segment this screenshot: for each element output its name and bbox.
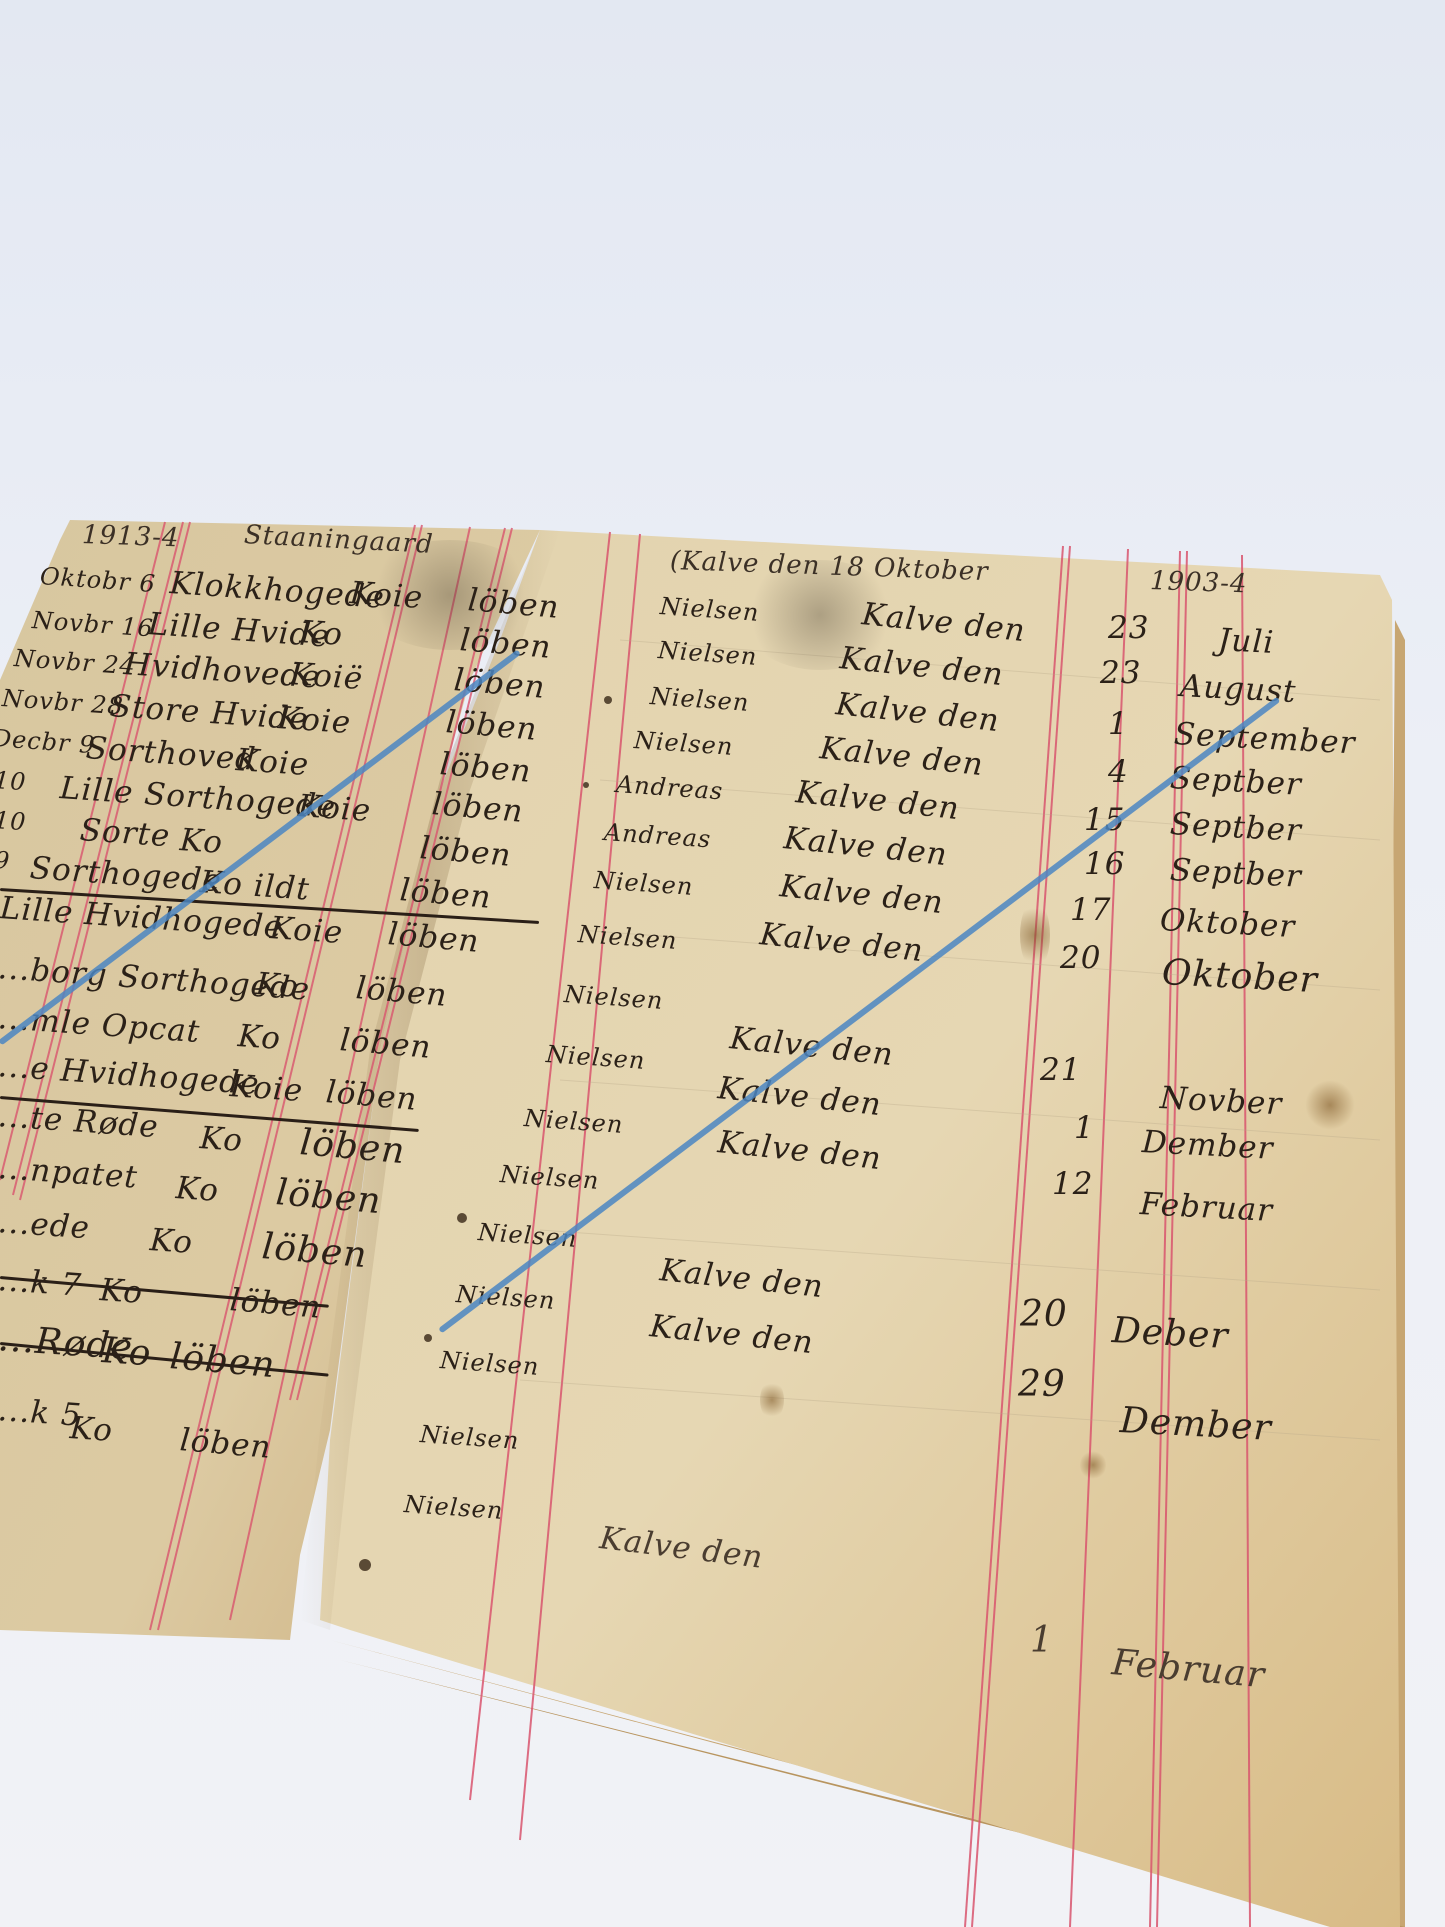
- row-animal: Koie: [235, 742, 311, 783]
- water-stain: [1020, 900, 1050, 970]
- left-page-year: 1913-4: [81, 520, 179, 553]
- row-day: 20: [1060, 940, 1101, 976]
- row-month: Septber: [1169, 806, 1303, 849]
- row-day: 21: [1040, 1052, 1081, 1088]
- row-month: Juli: [1217, 622, 1275, 661]
- row-date: 10: [0, 766, 27, 796]
- row-animal: Ko: [299, 614, 344, 653]
- row-day: 20: [1020, 1294, 1068, 1335]
- row-day: 1: [1030, 1620, 1054, 1661]
- row-day: 29: [1018, 1364, 1066, 1405]
- water-stain: [1305, 1080, 1355, 1130]
- row-animal: Ko: [175, 1170, 220, 1209]
- row-animal: Ko: [99, 1272, 144, 1311]
- row-month: Dember: [1119, 1400, 1273, 1449]
- row-animal: Koie: [229, 1068, 305, 1109]
- row-animal: Ko: [149, 1222, 194, 1261]
- row-animal: Ko: [255, 966, 300, 1005]
- row-day: 23: [1100, 655, 1141, 691]
- row-name: Sorte: [79, 812, 172, 854]
- row-animal: Ko: [237, 1018, 282, 1057]
- row-day: 1: [1074, 1110, 1095, 1146]
- row-month: Oktober: [1159, 902, 1296, 945]
- open-ledger-book: 1913-4 Staaningaard Oktobr 6 Klokkhogede…: [0, 0, 1445, 1927]
- row-animal: Ko: [179, 822, 224, 861]
- water-stain: [1080, 1450, 1106, 1480]
- row-day: 12: [1052, 1166, 1093, 1202]
- row-animal: Ko: [199, 1120, 244, 1159]
- row-animal: Ko: [69, 1410, 114, 1449]
- row-animal: Koie: [349, 575, 425, 616]
- row-month: Novber: [1159, 1080, 1283, 1122]
- row-day: 23: [1108, 610, 1149, 646]
- row-animal: Koie: [269, 910, 345, 951]
- row-month: Deber: [1111, 1310, 1230, 1357]
- row-day: 16: [1084, 846, 1125, 882]
- row-date: 10: [0, 806, 27, 836]
- row-animal: Koie: [277, 700, 353, 741]
- right-page-header-year: 1903-4: [1149, 566, 1247, 599]
- row-name: ...ede: [0, 1204, 91, 1246]
- row-date: 9: [0, 846, 11, 875]
- water-stain: [760, 1380, 784, 1420]
- row-animal: Koië: [289, 656, 365, 697]
- row-month: Dember: [1141, 1124, 1274, 1167]
- row-month: Oktober: [1161, 952, 1319, 1001]
- row-day: 1: [1108, 706, 1129, 742]
- row-month: Septber: [1169, 852, 1303, 895]
- row-day: 17: [1070, 892, 1111, 928]
- row-month: Februar: [1139, 1186, 1274, 1229]
- row-day: 4: [1108, 754, 1129, 790]
- row-month: August: [1179, 668, 1297, 710]
